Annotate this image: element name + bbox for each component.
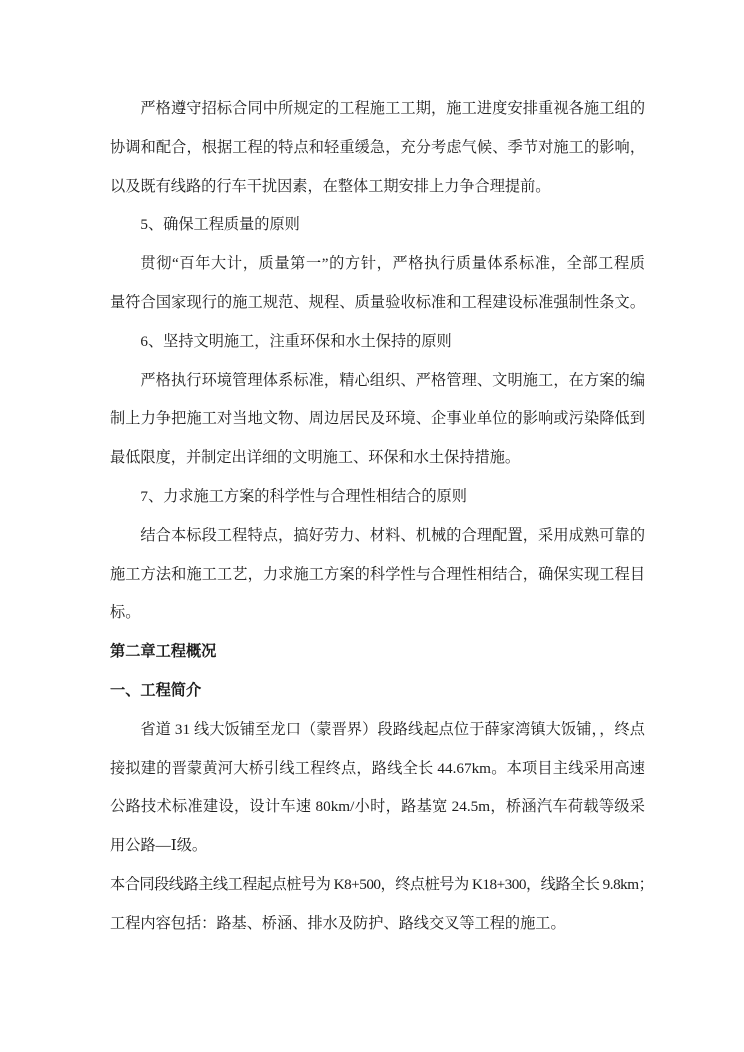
- section-1-heading: 一、工程简介: [110, 672, 645, 711]
- item-heading-7-scheme: 7、力求施工方案的科学性与合理性相结合的原则: [110, 478, 645, 517]
- text-line: 最低限度，并制定出详细的文明施工、环保和水土保持措施。: [110, 439, 645, 478]
- item-heading-5-quality: 5、确保工程质量的原则: [110, 206, 645, 245]
- text-line: 严格执行环境管理体系标准，精心组织、严格管理、文明施工，在方案的编: [110, 362, 645, 401]
- text-line: 7、力求施工方案的科学性与合理性相结合的原则: [110, 478, 645, 517]
- text-line: 省道 31 线大饭铺至龙口（蒙晋界）段路线起点位于薛家湾镇大饭铺，，终点: [110, 711, 645, 750]
- text-line: 结合本标段工程特点，搞好劳力、材料、机械的合理配置，采用成熟可靠的: [110, 517, 645, 556]
- para-scheme-principle: 结合本标段工程特点，搞好劳力、材料、机械的合理配置，采用成熟可靠的 施工方法和施…: [110, 517, 645, 633]
- para-quality-principle: 贯彻“百年大计，质量第一”的方针，严格执行质量体系标准，全部工程质 量符合国家现…: [110, 245, 645, 323]
- text-line: 用公路—Ⅰ级。: [110, 827, 645, 866]
- text-line: 本合同段线路主线工程起点桩号为 K8+500，终点桩号为 K18+300，线路全…: [110, 866, 645, 905]
- text-line: 制上力争把施工对当地文物、周边居民及环境、企事业单位的影响或污染降低到: [110, 400, 645, 439]
- item-heading-6-civilized: 6、坚持文明施工，注重环保和水土保持的原则: [110, 323, 645, 362]
- text-line: 6、坚持文明施工，注重环保和水土保持的原则: [110, 323, 645, 362]
- text-line: 严格遵守招标合同中所规定的工程施工工期，施工进度安排重视各施工组的: [110, 90, 645, 129]
- text-line: 贯彻“百年大计，质量第一”的方针，严格执行质量体系标准，全部工程质: [110, 245, 645, 284]
- para-schedule-principle: 严格遵守招标合同中所规定的工程施工工期，施工进度安排重视各施工组的 协调和配合，…: [110, 90, 645, 206]
- para-project-introduction: 省道 31 线大饭铺至龙口（蒙晋界）段路线起点位于薛家湾镇大饭铺，，终点 接拟建…: [110, 711, 645, 866]
- para-environment-principle: 严格执行环境管理体系标准，精心组织、严格管理、文明施工，在方案的编 制上力争把施…: [110, 362, 645, 478]
- document-body: 严格遵守招标合同中所规定的工程施工工期，施工进度安排重视各施工组的 协调和配合，…: [110, 90, 645, 944]
- text-line: 以及既有线路的行车干扰因素，在整体工期安排上力争合理提前。: [110, 168, 645, 207]
- text-line: 标。: [110, 594, 645, 633]
- text-line: 量符合国家现行的施工规范、规程、质量验收标准和工程建设标准强制性条文。: [110, 284, 645, 323]
- heading-text: 第二章工程概况: [110, 633, 645, 672]
- text-line: 公路技术标准建设，设计车速 80km/小时，路基宽 24.5m，桥涵汽车荷载等级…: [110, 788, 645, 827]
- para-contract-section-scope: 本合同段线路主线工程起点桩号为 K8+500，终点桩号为 K18+300，线路全…: [110, 866, 645, 944]
- text-line: 5、确保工程质量的原则: [110, 206, 645, 245]
- heading-text: 一、工程简介: [110, 672, 645, 711]
- text-line: 协调和配合，根据工程的特点和轻重缓急，充分考虑气候、季节对施工的影响，: [110, 129, 645, 168]
- text-line: 施工方法和施工工艺，力求施工方案的科学性与合理性相结合，确保实现工程目: [110, 556, 645, 595]
- chapter-2-heading: 第二章工程概况: [110, 633, 645, 672]
- text-line: 工程内容包括：路基、桥涵、排水及防护、路线交叉等工程的施工。: [110, 905, 645, 944]
- document-page: 严格遵守招标合同中所规定的工程施工工期，施工进度安排重视各施工组的 协调和配合，…: [0, 0, 744, 1052]
- text-line: 接拟建的晋蒙黄河大桥引线工程终点，路线全长 44.67km。本项目主线采用高速: [110, 750, 645, 789]
